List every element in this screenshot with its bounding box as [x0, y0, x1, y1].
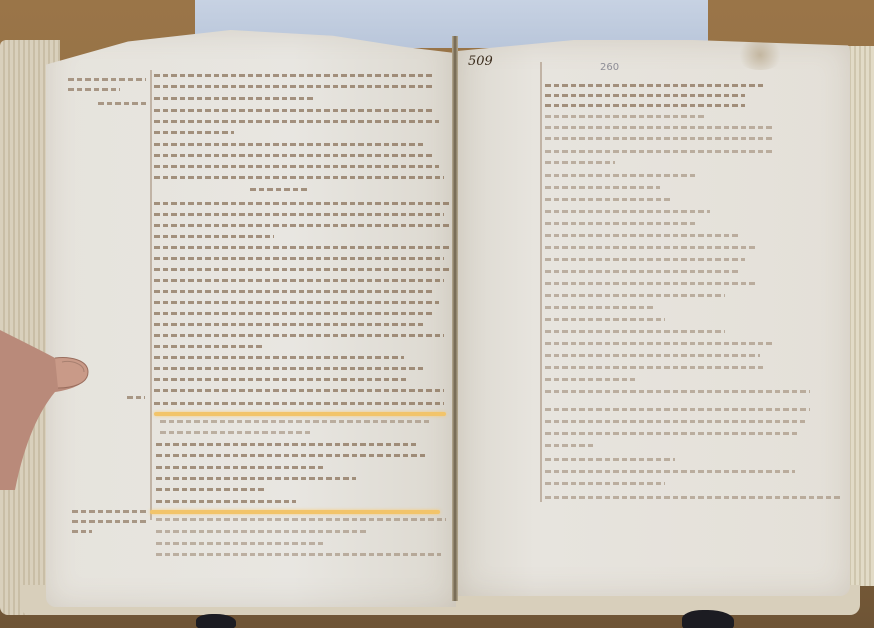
text-line — [154, 213, 444, 216]
text-line — [545, 161, 615, 164]
text-line — [545, 186, 660, 189]
text-line — [154, 301, 439, 304]
text-line — [545, 246, 755, 249]
text-line — [156, 443, 416, 446]
folio-number-pencil: 260 — [600, 62, 619, 73]
text-line — [154, 257, 444, 260]
text-line — [545, 84, 765, 87]
text-line — [545, 150, 775, 153]
text-line — [154, 290, 434, 293]
text-line — [545, 330, 725, 333]
text-line — [154, 334, 444, 337]
text-line — [154, 345, 264, 348]
text-line — [545, 496, 840, 499]
text-line — [545, 137, 775, 140]
page-stack-right — [846, 46, 874, 586]
right-margin-rule — [540, 62, 542, 502]
text-line — [545, 342, 775, 345]
text-line — [545, 470, 795, 473]
text-line — [545, 94, 745, 97]
highlight-line-1 — [154, 412, 446, 416]
text-line — [154, 131, 234, 134]
margin-note — [72, 530, 92, 533]
text-line — [154, 85, 434, 88]
text-line — [545, 115, 705, 118]
margin-note — [68, 88, 120, 91]
text-line — [545, 306, 655, 309]
text-line — [154, 279, 444, 282]
text-line — [545, 378, 635, 381]
text-line — [154, 97, 314, 100]
text-line — [545, 126, 775, 129]
text-line — [154, 402, 444, 405]
text-line — [545, 174, 695, 177]
text-line — [545, 210, 710, 213]
text-line — [154, 202, 449, 205]
text-line — [154, 246, 449, 249]
text-line — [154, 154, 434, 157]
text-line — [154, 312, 434, 315]
text-line — [154, 367, 424, 370]
section-heading — [250, 188, 310, 191]
margin-note — [98, 102, 146, 105]
stain — [735, 40, 785, 70]
folio-number-ink: 509 — [468, 54, 493, 69]
text-line — [154, 224, 449, 227]
text-line — [156, 530, 366, 533]
text-line — [156, 518, 446, 521]
text-line — [154, 323, 424, 326]
text-line — [154, 268, 449, 271]
text-line — [545, 270, 740, 273]
text-line — [156, 542, 326, 545]
text-line — [154, 165, 439, 168]
text-line — [154, 235, 274, 238]
text-line — [545, 294, 725, 297]
highlight-line-2 — [150, 510, 440, 514]
text-line — [156, 466, 326, 469]
text-line — [545, 420, 805, 423]
margin-note — [72, 510, 148, 513]
text-line — [545, 458, 675, 461]
text-line — [545, 104, 745, 107]
text-line — [156, 488, 266, 491]
text-line — [545, 222, 695, 225]
text-line — [545, 258, 745, 261]
text-line — [545, 408, 810, 411]
text-line — [545, 282, 755, 285]
text-line — [154, 143, 424, 146]
left-margin-rule — [150, 70, 152, 520]
text-line — [545, 366, 765, 369]
text-line — [160, 431, 310, 434]
text-line — [154, 356, 404, 359]
text-line — [154, 120, 439, 123]
text-line — [154, 109, 434, 112]
margin-note — [127, 396, 145, 399]
text-line — [156, 553, 441, 556]
text-line — [545, 234, 740, 237]
text-line — [545, 432, 800, 435]
hand — [0, 330, 90, 490]
text-line — [154, 176, 444, 179]
text-line — [154, 389, 444, 392]
text-line — [154, 74, 434, 77]
text-line — [545, 198, 670, 201]
text-line — [156, 477, 356, 480]
text-line — [545, 390, 810, 393]
text-line — [154, 378, 409, 381]
text-line — [545, 444, 595, 447]
text-line — [156, 454, 426, 457]
section-heading — [156, 500, 296, 503]
book-weight-clip — [196, 614, 236, 628]
text-line — [545, 482, 665, 485]
margin-note — [68, 78, 146, 81]
text-line — [545, 318, 665, 321]
margin-note — [72, 520, 148, 523]
book-weight-clip — [682, 610, 734, 628]
text-line — [160, 420, 430, 423]
text-line — [545, 354, 760, 357]
book-gutter — [452, 36, 458, 601]
